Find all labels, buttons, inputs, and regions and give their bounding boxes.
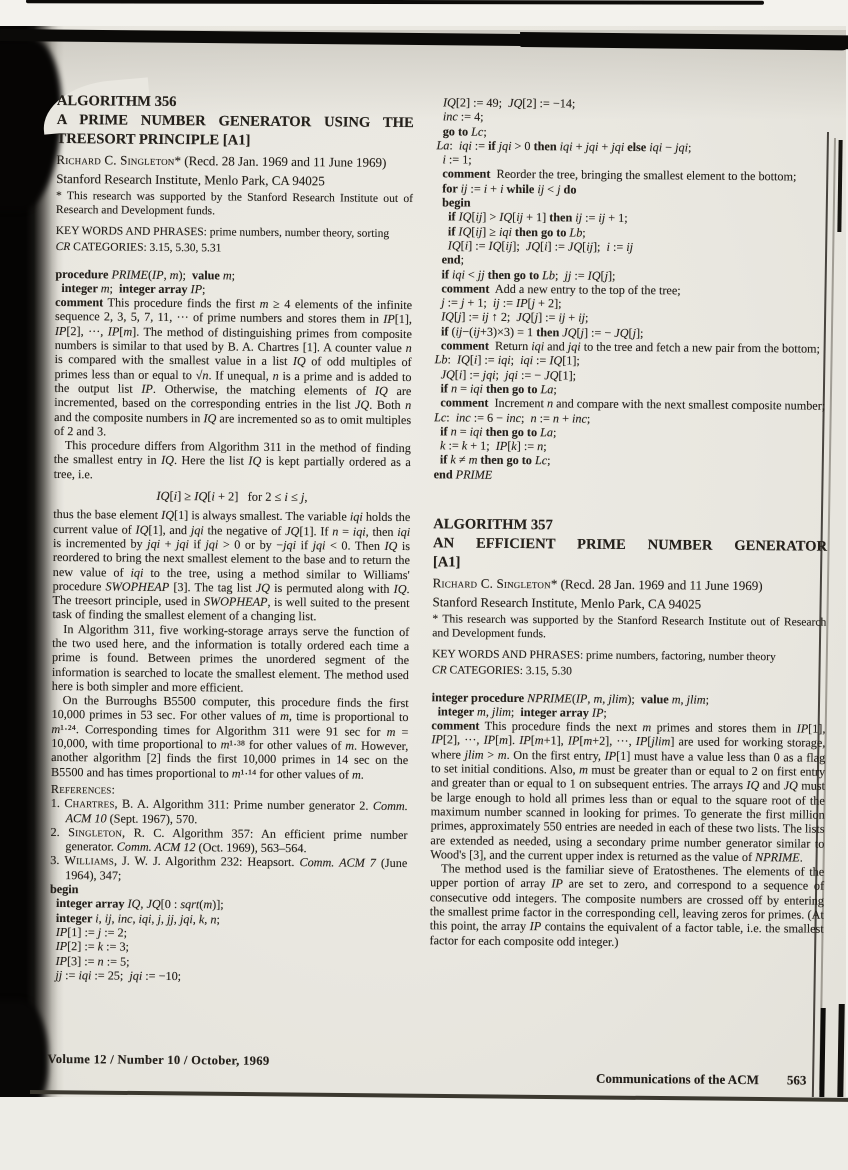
alg357-paragraph-2: The method used is the familiar sieve of… bbox=[430, 861, 825, 950]
footer-journal: Communications of the ACM 563 bbox=[428, 1069, 820, 1088]
alg356-declaration: procedure PRIME(IP, m); value m; integer… bbox=[55, 267, 412, 299]
alg357-author: Richard C. Singleton* (Recd. 28 Jan. 196… bbox=[433, 575, 827, 595]
alg357-title-line: [A1] bbox=[433, 553, 827, 575]
alg356-paragraph-2: This procedure differs from Algorithm 31… bbox=[54, 438, 411, 484]
scanned-page: ALGORITHM 356 A PRIME NUMBER GENERATOR U… bbox=[0, 0, 848, 1170]
alg357-keywords: KEY WORDS AND PHRASES: prime numbers, fa… bbox=[432, 649, 826, 666]
alg356-comment-paragraph: comment This procedure finds the first m… bbox=[54, 295, 412, 441]
alg356-footnote: * This research was supported by the Sta… bbox=[56, 189, 413, 219]
references-list: 1. Chartres, B. A. Algorithm 311: Prime … bbox=[50, 796, 408, 885]
alg356-equation: IQ[i] ≥ IQ[i + 2] for 2 ≤ i ≤ j, bbox=[53, 488, 410, 505]
alg356-code-begin: begin integer array IQ, JQ[0 : sqrt(m)];… bbox=[49, 882, 407, 985]
journal-name: Communications of the ACM bbox=[596, 1071, 759, 1088]
alg357-declaration: integer procedure NPRIME(IP, m, jlim); v… bbox=[432, 690, 826, 722]
alg356-cr-categories: CR CATEGORIES: 3.15, 5.30, 5.31 bbox=[56, 241, 413, 258]
alg356-code-line: jj := iqi := 25; jqi := −10; bbox=[49, 968, 406, 985]
footer-volume: Volume 12 / Number 10 / October, 1969 bbox=[47, 1052, 269, 1069]
alg356-paragraph-3: thus the base element IQ[1] is always sm… bbox=[52, 507, 410, 624]
page-content: ALGORITHM 356 A PRIME NUMBER GENERATOR U… bbox=[0, 0, 848, 1170]
alg357-cr-categories: CR CATEGORIES: 3.15, 5.30 bbox=[432, 664, 826, 681]
reference-item: 2. Singleton, R. C. Algorithm 357: An ef… bbox=[50, 825, 407, 857]
right-column: IQ[2] := 49; JQ[2] := −14; inc := 4; go … bbox=[430, 95, 831, 950]
alg357-section: ALGORITHM 357 AN EFFICIENT PRIME NUMBER … bbox=[430, 515, 828, 950]
alg356-title-line: TREESORT PRINCIPLE [A1] bbox=[56, 130, 413, 152]
alg357-title-line: AN EFFICIENT PRIME NUMBER GENERATOR bbox=[433, 534, 827, 556]
alg356-author: Richard C. Singleton* (Recd. 28 Jan. 196… bbox=[56, 152, 413, 172]
page-number: 563 bbox=[787, 1072, 807, 1088]
alg356-code-continued: IQ[2] := 49; JQ[2] := −14; inc := 4; go … bbox=[434, 95, 831, 484]
alg356-keywords: KEY WORDS AND PHRASES: prime numbers, nu… bbox=[56, 225, 413, 242]
reference-item: 3. Williams, J. W. J. Algorithm 232: Hea… bbox=[50, 853, 407, 885]
alg356-paragraph-4: In Algorithm 311, five working-storage a… bbox=[52, 622, 410, 697]
alg356-title: A PRIME NUMBER GENERATOR USING THETREESO… bbox=[56, 111, 413, 152]
alg357-affiliation: Stanford Research Institute, Menlo Park,… bbox=[432, 594, 826, 614]
left-column: ALGORITHM 356 A PRIME NUMBER GENERATOR U… bbox=[49, 92, 414, 985]
reference-item: 1. Chartres, B. A. Algorithm 311: Prime … bbox=[51, 796, 408, 828]
alg357-footnote: * This research was supported by the Sta… bbox=[432, 612, 826, 643]
alg357-comment-paragraph: comment This procedure finds the next m … bbox=[430, 718, 825, 864]
alg356-code-line: end PRIME bbox=[434, 467, 828, 485]
alg356-affiliation: Stanford Research Institute, Menlo Park,… bbox=[56, 171, 413, 191]
alg357-title: AN EFFICIENT PRIME NUMBER GENERATOR[A1] bbox=[433, 534, 827, 575]
alg356-paragraph-5: On the Burroughs B5500 computer, this pr… bbox=[51, 693, 409, 782]
